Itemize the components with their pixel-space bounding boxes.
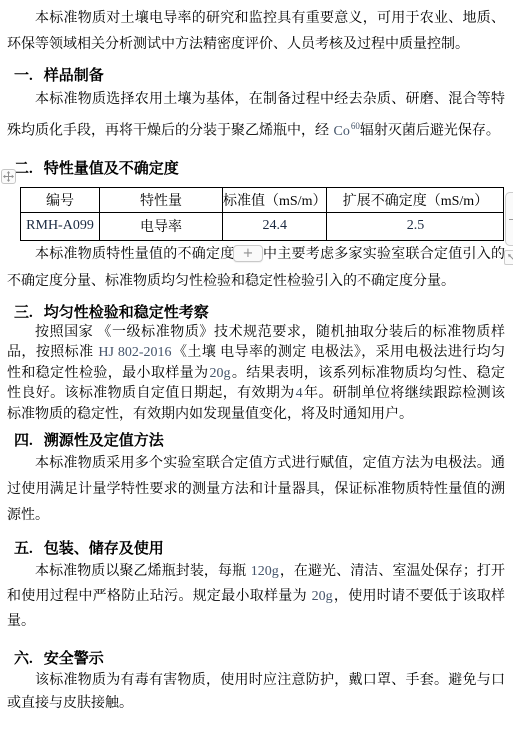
section-heading-sample-prep: 一. 样品制备 [0, 66, 513, 86]
min-sample-amount: 20g [312, 589, 333, 604]
isotope-symbol: Co [334, 124, 350, 139]
sample-prep-paragraph: 本标准物质选择农用土壤为基体，在制备过程中经去杂质、研磨、混合等特殊均质化手段，… [0, 86, 513, 145]
isotope-superscript: 60 [351, 121, 360, 131]
cell-expanded-uncertainty: 2.5 [327, 212, 504, 240]
min-sample-amount: 20g [210, 366, 231, 381]
section-number: 二. [14, 159, 40, 179]
section-heading-traceability: 四. 溯源性及定值方法 [0, 431, 513, 451]
table-resize-handle[interactable] [504, 250, 513, 265]
table-add-row-button[interactable]: + [233, 245, 263, 262]
validity-years: 4 [296, 386, 303, 401]
section-title: 溯源性及定值方法 [44, 433, 164, 449]
document-page: 本标准物质对土壤电导率的研究和监控具有重要意义，可用于农业、地质、环保等领域相关… [0, 0, 513, 730]
section-heading-safety: 六. 安全警示 [0, 649, 513, 669]
homogeneity-paragraph: 按照国家 《一级标准物质》技术规范要求，随机抽取分装后的标准物质样品，按照标准 … [0, 323, 513, 426]
cell-quantity: 电导率 [100, 212, 223, 240]
section-heading-homogeneity: 三. 均匀性检验和稳定性考察 [0, 303, 513, 323]
cell-standard-value: 24.4 [223, 212, 327, 240]
text-run: 本标准物质以聚乙烯瓶封装，每瓶 [35, 564, 250, 579]
bottle-weight: 120g [251, 564, 279, 579]
section-number: 一. [14, 66, 40, 86]
section-number: 六. [14, 649, 40, 669]
header-standard-value: 标准值（mS/m） [223, 187, 327, 212]
table-header-row: 编号 特性量 标准值（mS/m） 扩展不确定度（mS/m） [21, 187, 504, 212]
table-row: RMH-A099 电导率 24.4 2.5 [21, 212, 504, 240]
section-number: 五. [14, 539, 40, 559]
header-expanded-uncertainty: 扩展不确定度（mS/m） [327, 187, 504, 212]
header-quantity: 特性量 [100, 187, 223, 212]
section-title: 均匀性检验和稳定性考察 [44, 305, 209, 321]
section-number: 三. [14, 303, 40, 323]
header-code: 编号 [21, 187, 100, 212]
section-title: 样品制备 [44, 68, 104, 84]
section-heading-packaging: 五. 包装、储存及使用 [0, 539, 513, 559]
dash-icon [509, 219, 513, 220]
intro-paragraph: 本标准物质对土壤电导率的研究和监控具有重要意义，可用于农业、地质、环保等领域相关… [0, 6, 513, 58]
section-title: 特性量值及不确定度 [44, 161, 179, 177]
plus-icon: + [243, 246, 254, 261]
cell-code: RMH-A099 [21, 212, 100, 240]
table-move-handle[interactable] [1, 169, 16, 184]
text-run: 辐射灭菌后避光保存。 [360, 124, 500, 139]
traceability-paragraph: 本标准物质采用多个实验室联合定值方式进行赋值，定值方法为电极法。通过使用满足计量… [0, 451, 513, 529]
resize-diagonal-icon [507, 253, 513, 262]
table-add-column-button[interactable] [505, 192, 513, 246]
section-title: 安全警示 [44, 651, 104, 667]
move-cross-icon [3, 171, 14, 182]
safety-paragraph: 该标准物质为有毒有害物质，使用时应注意防护，戴口罩、手套。避免与口或直接与皮肤接… [0, 669, 513, 715]
section-title: 包装、储存及使用 [44, 541, 164, 557]
packaging-paragraph: 本标准物质以聚乙烯瓶封装，每瓶 120g，在避光、清洁、室温处保存；打开和使用过… [0, 559, 513, 634]
standard-number: HJ 802-2016 [98, 345, 171, 360]
section-heading-property-values: 二. 特性量值及不确定度 [0, 159, 513, 179]
property-value-table: 编号 特性量 标准值（mS/m） 扩展不确定度（mS/m） RMH-A099 电… [20, 187, 504, 241]
section-number: 四. [14, 431, 40, 451]
